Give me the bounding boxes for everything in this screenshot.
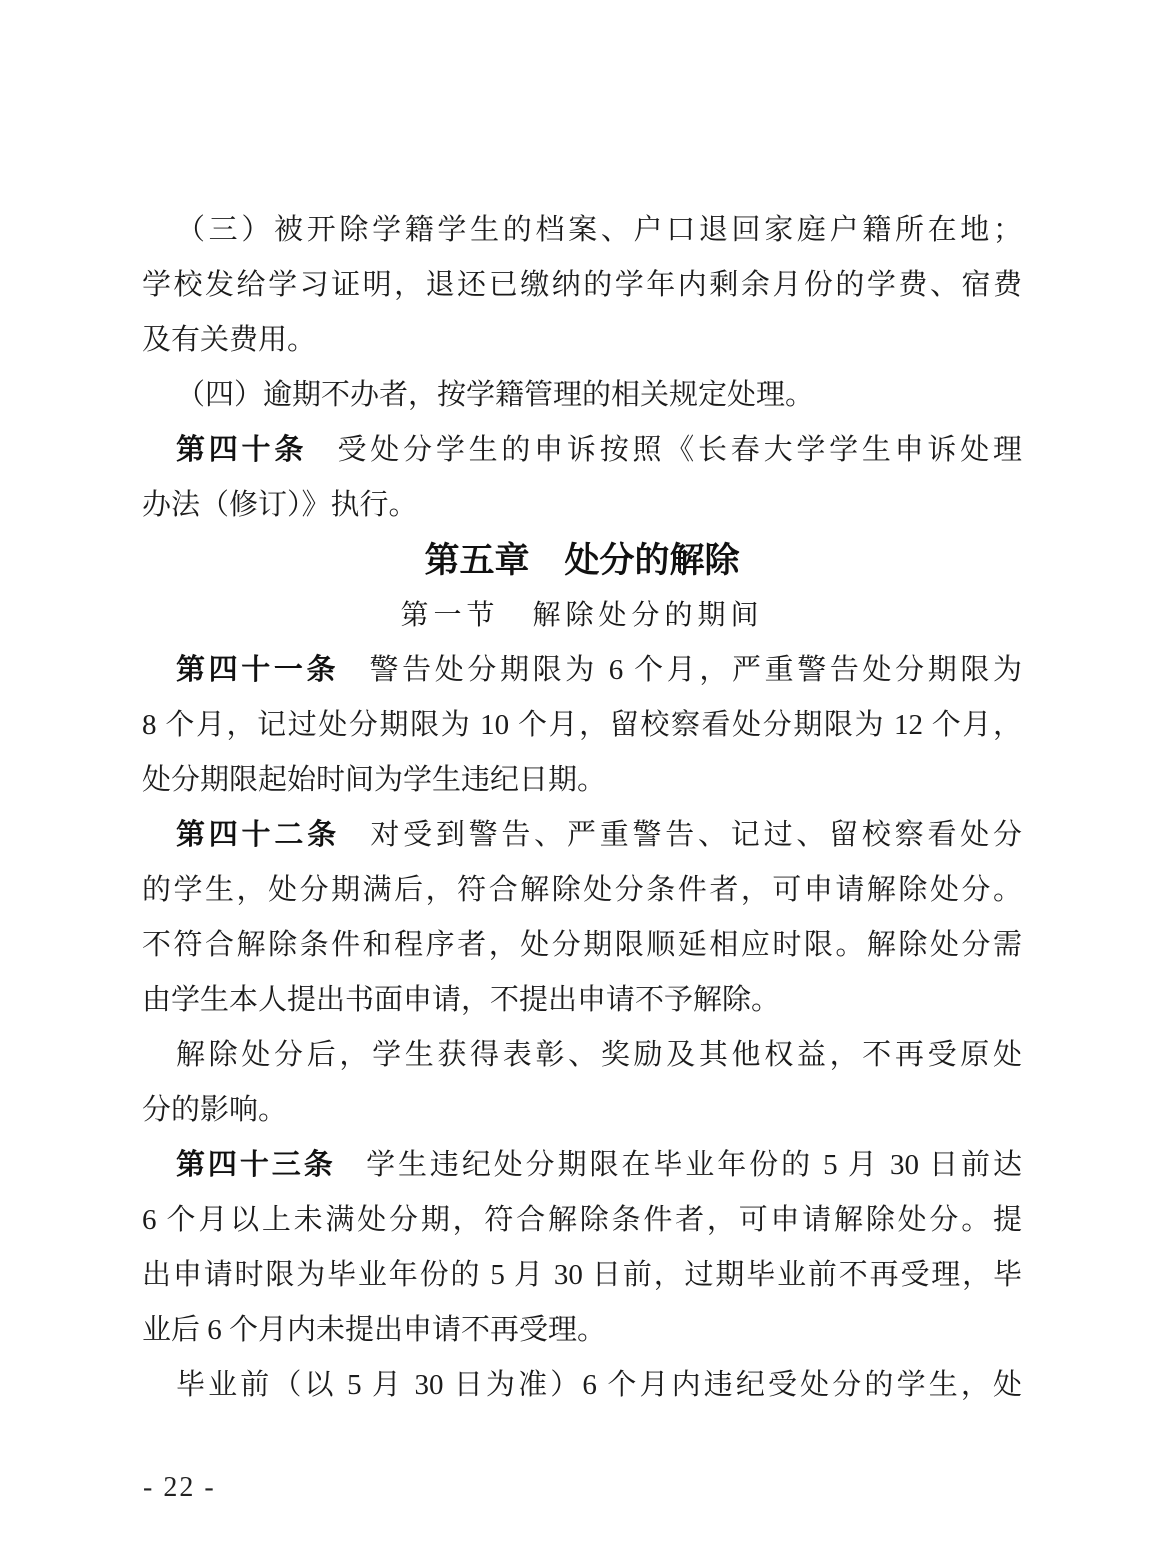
text-line: 办法（修订）》执行。 (142, 478, 1022, 533)
text-span: 对受到警告、严重警告、记过、留校察看处分 (370, 819, 1022, 851)
text-span: 警告处分期限为 6 个月，严重警告处分期限为 (370, 654, 1022, 686)
text-line: 学校发给学习证明，退还已缴纳的学年内剩余月份的学费、宿费 (142, 258, 1022, 313)
text-line: 6 个月以上未满处分期，符合解除条件者，可申请解除处分。提 (142, 1193, 1022, 1248)
page-number: - 22 - (143, 1473, 216, 1503)
section-heading: 第一节 解除处分的期间 (142, 588, 1022, 643)
text-line: 业后 6 个月内未提出申请不再受理。 (142, 1303, 1022, 1358)
text-line: 处分期限起始时间为学生违纪日期。 (142, 753, 1022, 808)
text-line: 第四十一条警告处分期限为 6 个月，严重警告处分期限为 (142, 643, 1022, 698)
text-line: 及有关费用。 (142, 313, 1022, 368)
text-span: 学生违纪处分期限在毕业年份的 5 月 30 日前达 (366, 1149, 1022, 1181)
text-line: 出申请时限为毕业年份的 5 月 30 日前，过期毕业前不再受理，毕 (142, 1248, 1022, 1303)
text-line: 毕业前（以 5 月 30 日为准）6 个月内违纪受处分的学生，处 (142, 1358, 1022, 1413)
text-line: 第四十三条学生违纪处分期限在毕业年份的 5 月 30 日前达 (142, 1138, 1022, 1193)
text-line: 第四十条受处分学生的申诉按照《长春大学学生申诉处理 (142, 423, 1022, 478)
text-line: 由学生本人提出书面申请，不提出申请不予解除。 (142, 973, 1022, 1028)
document-page: { "page": { "number_label": "- 22 -" }, … (0, 0, 1154, 1563)
text-line: （三）被开除学籍学生的档案、户口退回家庭户籍所在地； (142, 203, 1022, 258)
text-line: 第四十二条对受到警告、严重警告、记过、留校察看处分 (142, 808, 1022, 863)
text-line: 的学生，处分期满后，符合解除处分条件者，可申请解除处分。 (142, 863, 1022, 918)
text-line: 不符合解除条件和程序者，处分期限顺延相应时限。解除处分需 (142, 918, 1022, 973)
chapter-heading: 第五章 处分的解除 (142, 533, 1022, 588)
text-line: （四）逾期不办者，按学籍管理的相关规定处理。 (142, 368, 1022, 423)
document-body: （三）被开除学籍学生的档案、户口退回家庭户籍所在地；学校发给学习证明，退还已缴纳… (142, 203, 1022, 1413)
text-line: 8 个月，记过处分期限为 10 个月，留校察看处分期限为 12 个月， (142, 698, 1022, 753)
text-span: 受处分学生的申诉按照《长春大学学生申诉处理 (338, 434, 1022, 466)
text-line: 分的影响。 (142, 1083, 1022, 1138)
text-line: 解除处分后，学生获得表彰、奖励及其他权益，不再受原处 (142, 1028, 1022, 1083)
article-number-label: 第四十三条 (176, 1149, 336, 1181)
article-number-label: 第四十条 (176, 434, 307, 466)
article-number-label: 第四十二条 (176, 819, 340, 851)
article-number-label: 第四十一条 (176, 654, 339, 686)
